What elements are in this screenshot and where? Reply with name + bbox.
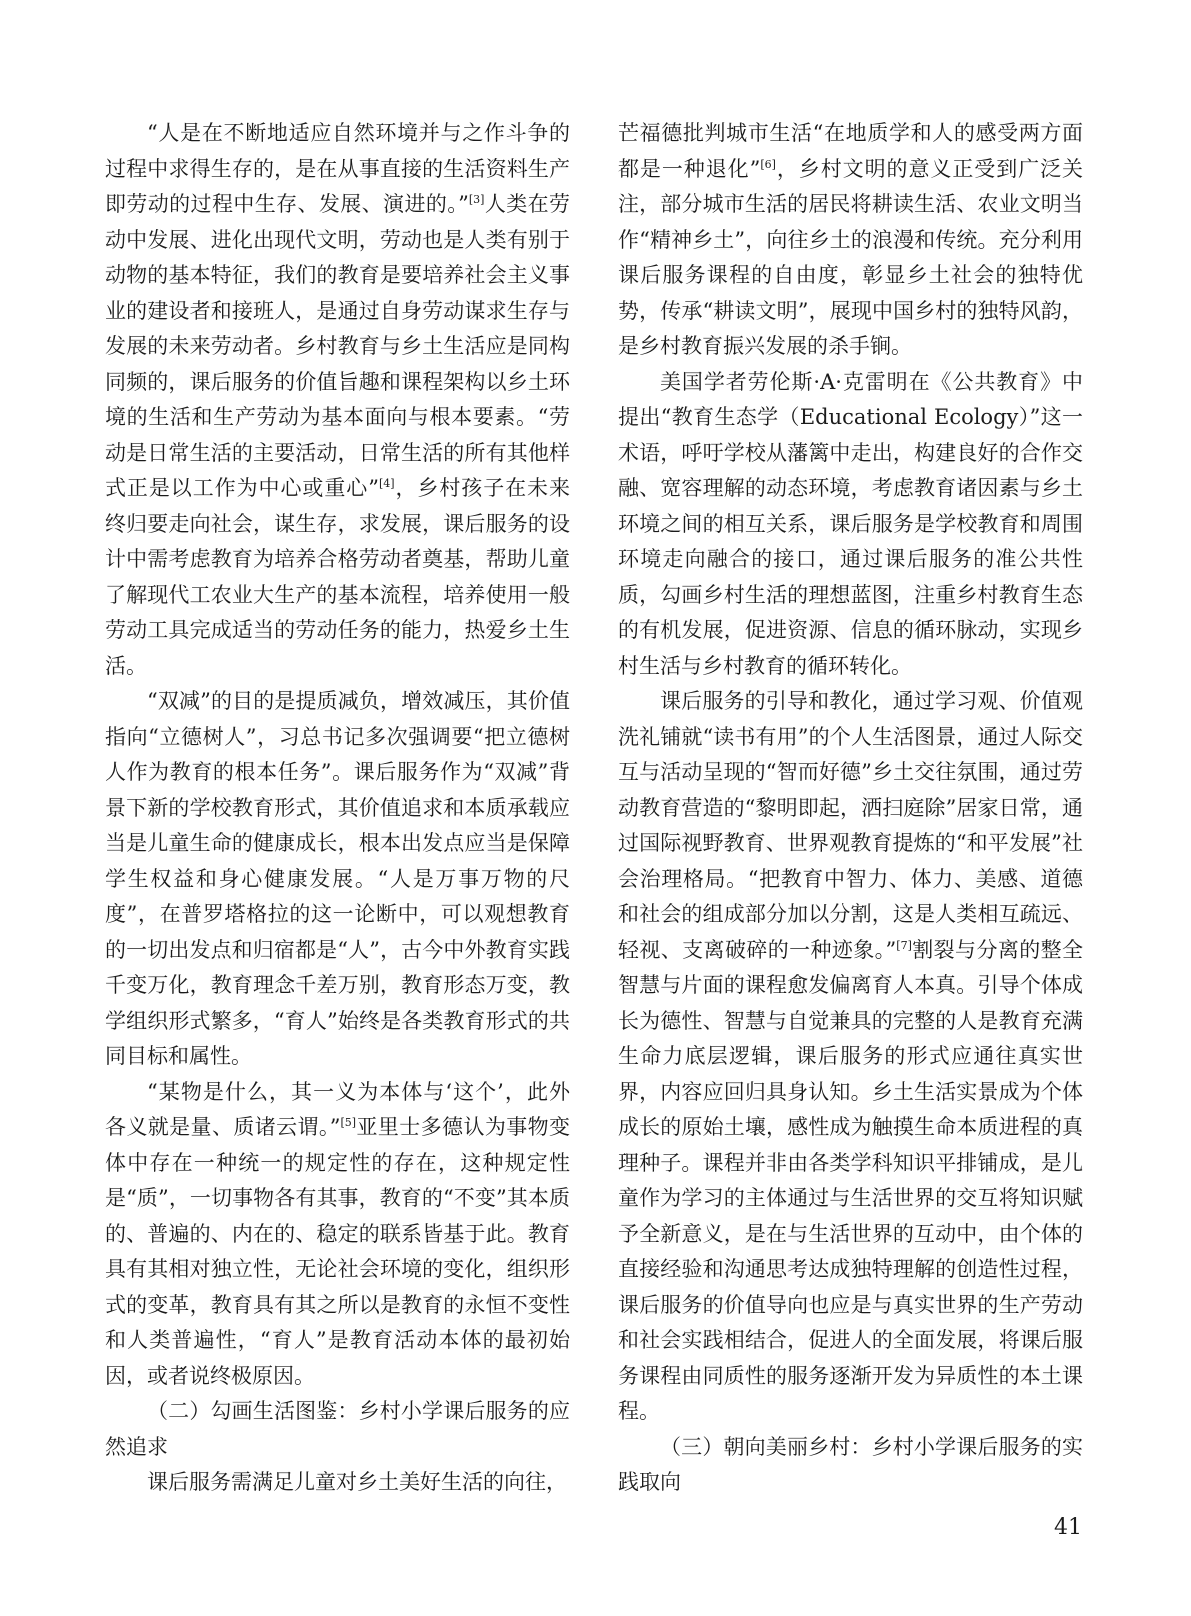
citation-marker: [7] — [896, 939, 912, 952]
text-columns: “人是在不断地适应自然环境并与之作斗争的过程中求得生存的，是在从事直接的生活资料… — [105, 116, 1083, 1501]
paragraph: 美国学者劳伦斯·A·克雷明在《公共教育》中提出“教育生态学（Educationa… — [618, 365, 1083, 685]
left-column: “人是在不断地适应自然环境并与之作斗争的过程中求得生存的，是在从事直接的生活资料… — [105, 116, 570, 1501]
paragraph: “双减”的目的是提质减负，增效减压，其价值指向“立德树人”，习总书记多次强调要“… — [105, 684, 570, 1075]
right-column: 芒福德批判城市生活“在地质学和人的感受两方面都是一种退化”[6]，乡村文明的意义… — [618, 116, 1083, 1501]
paragraph: 课后服务的引导和教化，通过学习观、价值观洗礼铺就“读书有用”的个人生活图景，通过… — [618, 684, 1083, 1430]
section-heading: （三）朝向美丽乡村：乡村小学课后服务的实践取向 — [618, 1430, 1083, 1501]
citation-marker: [5] — [341, 1116, 357, 1129]
paragraph: 芒福德批判城市生活“在地质学和人的感受两方面都是一种退化”[6]，乡村文明的意义… — [618, 116, 1083, 365]
paragraph: “某物是什么，其一义为本体与‘这个’，此外各义就是量、质诸云谓。”[5]亚里士多… — [105, 1075, 570, 1395]
paper-page: “人是在不断地适应自然环境并与之作斗争的过程中求得生存的，是在从事直接的生活资料… — [0, 0, 1191, 1616]
paragraph: 课后服务需满足儿童对乡土美好生活的向往， — [105, 1465, 570, 1501]
page-number: 41 — [1054, 1513, 1082, 1543]
paragraph: “人是在不断地适应自然环境并与之作斗争的过程中求得生存的，是在从事直接的生活资料… — [105, 116, 570, 684]
citation-marker: [4] — [379, 477, 395, 490]
section-heading: （二）勾画生活图鉴：乡村小学课后服务的应然追求 — [105, 1394, 570, 1465]
citation-marker: [3] — [469, 193, 485, 206]
citation-marker: [6] — [760, 158, 776, 171]
